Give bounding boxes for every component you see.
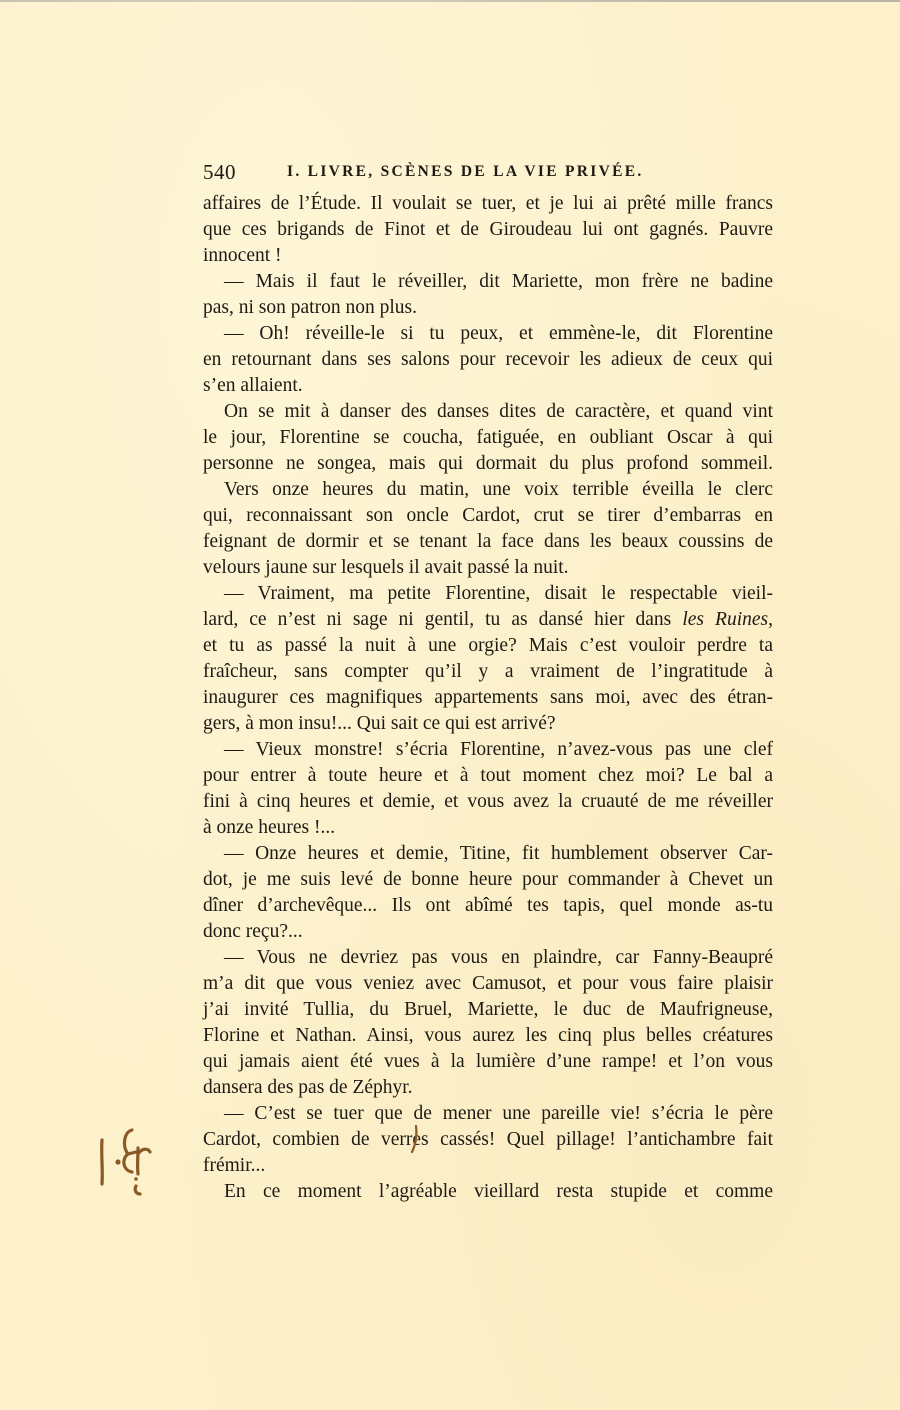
- text-line: — C’est se tuer que de mener une pareill…: [203, 1101, 773, 1127]
- text-line: innocent !: [203, 243, 773, 269]
- text-line: pour entrer à toute heure et à tout mome…: [203, 763, 773, 789]
- text-line: Cardot, combien de verres cassés! Quel p…: [203, 1127, 773, 1153]
- text-line: dot, je me suis levé de bonne heure pour…: [203, 867, 773, 893]
- text-line: j’ai invité Tullia, du Bruel, Mariette, …: [203, 997, 773, 1023]
- text-fragment: lard, ce n’est ni sage ni gentil, tu as …: [203, 609, 682, 630]
- text-line: fraîcheur, sans compter qu’il y a vraime…: [203, 659, 773, 685]
- text-line: Vers onze heures du matin, une voix terr…: [203, 477, 773, 503]
- page-number: 540: [203, 160, 236, 185]
- italic-title: les Ruines: [682, 609, 768, 630]
- text-fragment: ,: [768, 609, 773, 630]
- text-line: — Vraiment, ma petite Florentine, disait…: [203, 581, 773, 607]
- text-line: que ces brigands de Finot et de Giroudea…: [203, 217, 773, 243]
- text-line: en retournant dans ses salons pour recev…: [203, 347, 773, 373]
- text-line: m’a dit que vous veniez avec Camusot, et…: [203, 971, 773, 997]
- ink-stroke-mark-icon: [410, 1124, 420, 1154]
- running-title: I. LIVRE, SCÈNES DE LA VIE PRIVÉE.: [287, 163, 644, 181]
- text-line: — Onze heures et demie, Titine, fit humb…: [203, 841, 773, 867]
- text-line: qui, reconnaissant son oncle Cardot, cru…: [203, 503, 773, 529]
- text-line: dîner d’archevêque... Ils ont abîmé tes …: [203, 893, 773, 919]
- text-line: gers, à mon insu!... Qui sait ce qui est…: [203, 711, 773, 737]
- text-line: dansera des pas de Zéphyr.: [203, 1075, 773, 1101]
- text-line: En ce moment l’agréable vieillard resta …: [203, 1179, 773, 1205]
- text-line-with-italic: lard, ce n’est ni sage ni gentil, tu as …: [203, 607, 773, 633]
- text-line: inaugurer ces magnifiques appartements s…: [203, 685, 773, 711]
- text-line: le jour, Florentine se coucha, fatiguée,…: [203, 425, 773, 451]
- text-line: — Mais il faut le réveiller, dit Mariett…: [203, 269, 773, 295]
- text-line: à onze heures !...: [203, 815, 773, 841]
- running-head: 540 I. LIVRE, SCÈNES DE LA VIE PRIVÉE.: [203, 160, 771, 186]
- text-line: qui jamais aient été vues à la lumière d…: [203, 1049, 773, 1075]
- book-page: 540 I. LIVRE, SCÈNES DE LA VIE PRIVÉE. a…: [0, 0, 900, 1410]
- text-line: frémir...: [203, 1153, 773, 1179]
- text-line: personne ne songea, mais qui dormait du …: [203, 451, 773, 477]
- text-line: — Oh! réveille-le si tu peux, et emmène-…: [203, 321, 773, 347]
- text-line: — Vieux monstre! s’écria Florentine, n’a…: [203, 737, 773, 763]
- text-line: et tu as passé la nuit à une orgie? Mais…: [203, 633, 773, 659]
- text-line: velours jaune sur lesquels il avait pass…: [203, 555, 773, 581]
- text-line: fini à cinq heures et demie, et vous ave…: [203, 789, 773, 815]
- text-line: feignant de dormir et se tenant la face …: [203, 529, 773, 555]
- text-line: affaires de l’Étude. Il voulait se tuer,…: [203, 191, 773, 217]
- text-line: On se mit à danser des danses dites de c…: [203, 399, 773, 425]
- text-line: pas, ni son patron non plus.: [203, 295, 773, 321]
- text-line: Florine et Nathan. Ainsi, vous aurez les…: [203, 1023, 773, 1049]
- text-line: — Vous ne devriez pas vous en plaindre, …: [203, 945, 773, 971]
- handwritten-margin-annotation: [92, 1124, 172, 1204]
- handwriting-mark-icon: [92, 1124, 172, 1204]
- body-text: affaires de l’Étude. Il voulait se tuer,…: [203, 191, 773, 1205]
- text-line: donc reçu?...: [203, 919, 773, 945]
- text-line: s’en allaient.: [203, 373, 773, 399]
